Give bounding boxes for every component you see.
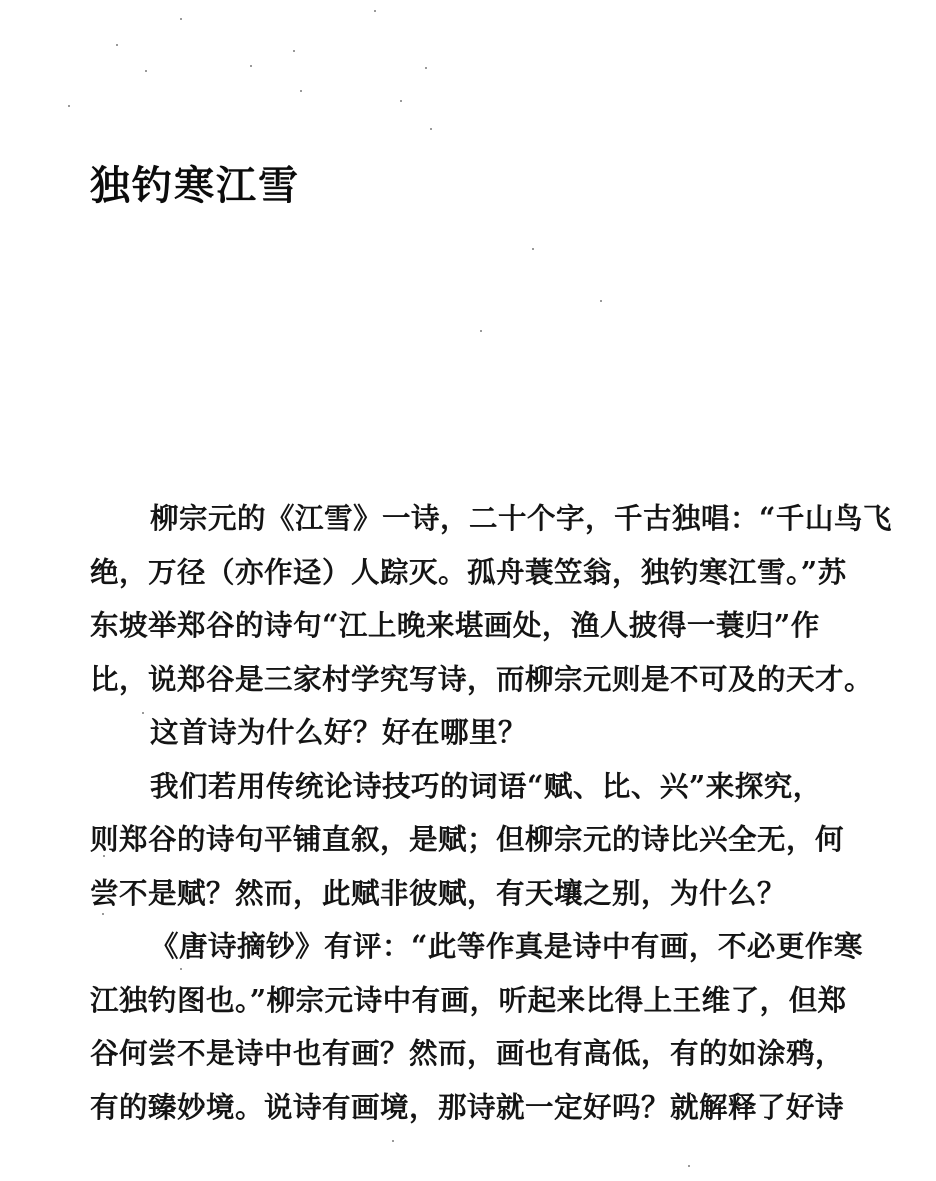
scan-speck [300,90,302,92]
article-body: 柳宗元的《江雪》一诗，二十个字，千古独唱：“千山鸟飞 绝，万径（亦作迳）人踪灭。… [90,492,850,1134]
scan-speck [430,128,432,130]
scan-speck [425,67,427,69]
scan-speck [180,18,182,20]
scan-speck [68,105,70,107]
scan-speck [374,10,376,12]
scan-speck [532,248,534,250]
page-title: 独钓寒江雪 [90,160,300,212]
scan-speck [688,1165,690,1167]
scan-speck [293,50,295,52]
scan-speck [116,44,118,46]
paragraph-3-line-3: 尝不是赋？然而，此赋非彼赋，有天壤之别，为什么？ [90,867,850,921]
paragraph-2-line-1: 这首诗为什么好？好在哪里？ [90,706,850,760]
paragraph-4-line-4: 有的臻妙境。说诗有画境，那诗就一定好吗？就解释了好诗 [90,1081,850,1135]
paragraph-3-line-2: 则郑谷的诗句平铺直叙，是赋；但柳宗元的诗比兴全无，何 [90,813,850,867]
scan-speck [392,1140,394,1142]
scan-speck [250,65,252,67]
scan-speck [400,100,402,102]
paragraph-1-line-3: 东坡举郑谷的诗句“江上晚来堪画处，渔人披得一蓑归”作 [90,599,850,653]
scan-speck [600,300,602,302]
paragraph-4-line-2: 江独钓图也。”柳宗元诗中有画，听起来比得上王维了，但郑 [90,974,850,1028]
paragraph-4-line-1: 《唐诗摘钞》有评：“此等作真是诗中有画，不必更作寒 [90,920,850,974]
paragraph-1-line-2: 绝，万径（亦作迳）人踪灭。孤舟蓑笠翁，独钓寒江雪。”苏 [90,546,850,600]
paragraph-1-line-4: 比，说郑谷是三家村学究写诗，而柳宗元则是不可及的天才。 [90,653,850,707]
scan-speck [145,70,147,72]
scanned-book-page: 独钓寒江雪 柳宗元的《江雪》一诗，二十个字，千古独唱：“千山鸟飞 绝，万径（亦作… [0,0,936,1181]
paragraph-4-line-3: 谷何尝不是诗中也有画？然而，画也有高低，有的如涂鸦， [90,1027,850,1081]
paragraph-1-line-1: 柳宗元的《江雪》一诗，二十个字，千古独唱：“千山鸟飞 [90,492,850,546]
scan-speck [480,330,482,332]
paragraph-3-line-1: 我们若用传统论诗技巧的词语“赋、比、兴”来探究， [90,760,850,814]
